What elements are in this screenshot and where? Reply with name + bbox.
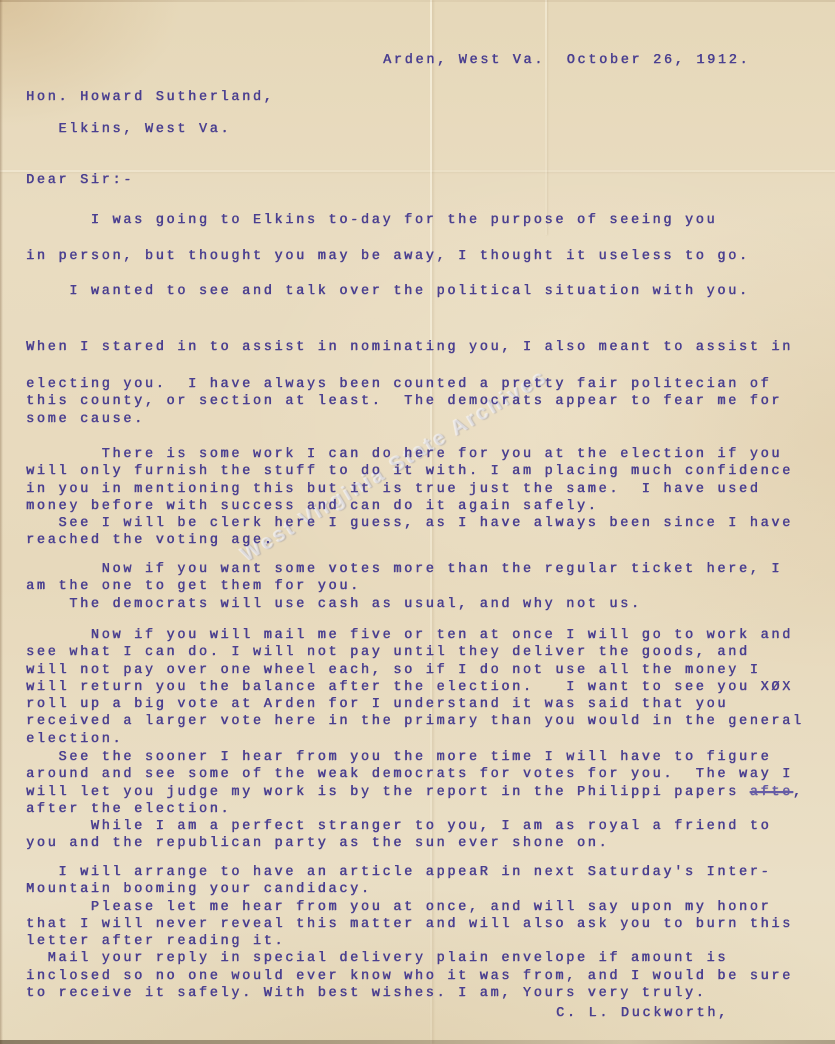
letter-line: that I will never reveal this matter and… (26, 916, 793, 933)
paragraph-4: There is some work I can do here for you… (26, 446, 793, 550)
letter-line: after the election. (26, 801, 804, 818)
letter-line: See I will be clerk here I guess, as I h… (26, 515, 793, 532)
letter-page: West Virginia State Archives Arden, West… (0, 0, 835, 1044)
letter-line: in person, but thought you may be away, … (26, 239, 750, 275)
paper-edge-top (0, 0, 835, 2)
letter-line: Mail your reply in special delivery plai… (26, 950, 793, 967)
letter-line: Arden, West Va. October 26, 1912. (383, 52, 750, 69)
letter-line: see what I can do. I will not pay until … (26, 644, 804, 661)
letter-line: will return you the balance after the el… (26, 679, 804, 696)
recipient-address: Elkins, West Va. (26, 121, 231, 138)
letter-line: The democrats will use cash as usual, an… (26, 596, 782, 613)
letter-line: Please let me hear from you at once, and… (26, 899, 793, 916)
letter-line: C. L. Duckworth, (556, 1005, 729, 1022)
letter-line: received a larger vote here in the prima… (26, 713, 804, 730)
letter-line: election. (26, 731, 804, 748)
letter-line: When I stared in to assist in nominating… (26, 339, 793, 356)
letter-line: Mountain booming your candidacy. (26, 881, 793, 898)
letter-line: Dear Sir:- (26, 172, 134, 189)
letter-line: some cause. (26, 411, 782, 428)
letter-line: electing you. I have always been counted… (26, 376, 782, 393)
letter-line: I will arrange to have an article appeaR… (26, 864, 793, 881)
struck-out-text: afte (750, 785, 793, 800)
paragraph-8: I will arrange to have an article appeaR… (26, 864, 793, 1002)
paper-edge-left (0, 0, 3, 1044)
letter-line: Elkins, West Va. (26, 121, 231, 138)
paragraph-5: Now if you want some votes more than the… (26, 561, 782, 613)
letter-line: around and see some of the weak democrat… (26, 766, 804, 783)
date-line: Arden, West Va. October 26, 1912. (383, 52, 750, 69)
letter-line: in you in mentioning this but it is true… (26, 481, 793, 498)
letter-line: will let you judge my work is by the rep… (26, 784, 804, 801)
letter-line: am the one to get them for you. (26, 578, 782, 595)
letter-line: inclosed so no one would ever know who i… (26, 968, 793, 985)
paragraph-3-rest: electing you. I have always been counted… (26, 376, 782, 428)
letter-line: Now if you will mail me five or ten at o… (26, 627, 804, 644)
letter-line: Now if you want some votes more than the… (26, 561, 782, 578)
salutation: Dear Sir:- (26, 172, 134, 189)
paragraph-2: I wanted to see and talk over the politi… (26, 283, 750, 300)
vertical-fold-crease-top (545, 0, 547, 235)
letter-line: I was going to Elkins to-day for the pur… (26, 203, 750, 239)
letter-line: to receive it safely. With best wishes. … (26, 985, 793, 1002)
paper-edge-bottom (0, 1040, 835, 1044)
letter-line: money before with success and can do it … (26, 498, 793, 515)
paragraph-3-line-1: When I stared in to assist in nominating… (26, 339, 793, 356)
letter-line: See the sooner I hear from you the more … (26, 749, 804, 766)
recipient-name: Hon. Howard Sutherland, (26, 89, 274, 106)
paragraph-1: I was going to Elkins to-day for the pur… (26, 203, 750, 274)
letter-line: this county, or section at least. The de… (26, 393, 782, 410)
letter-line: There is some work I can do here for you… (26, 446, 793, 463)
letter-line: will not pay over one wheel each, so if … (26, 662, 804, 679)
letter-line: While I am a perfect stranger to you, I … (26, 818, 804, 835)
letter-line: you and the republican party as the sun … (26, 835, 804, 852)
letter-line: I wanted to see and talk over the politi… (26, 283, 750, 300)
letter-line: will only furnish the stuff to do it wit… (26, 463, 793, 480)
letter-line: letter after reading it. (26, 933, 793, 950)
letter-line: reached the voting age. (26, 532, 793, 549)
signature: C. L. Duckworth, (556, 1005, 729, 1022)
letter-line: Hon. Howard Sutherland, (26, 89, 274, 106)
letter-line: roll up a big vote at Arden for I unders… (26, 696, 804, 713)
paragraph-7: See the sooner I hear from you the more … (26, 749, 804, 853)
paragraph-6: Now if you will mail me five or ten at o… (26, 627, 804, 748)
